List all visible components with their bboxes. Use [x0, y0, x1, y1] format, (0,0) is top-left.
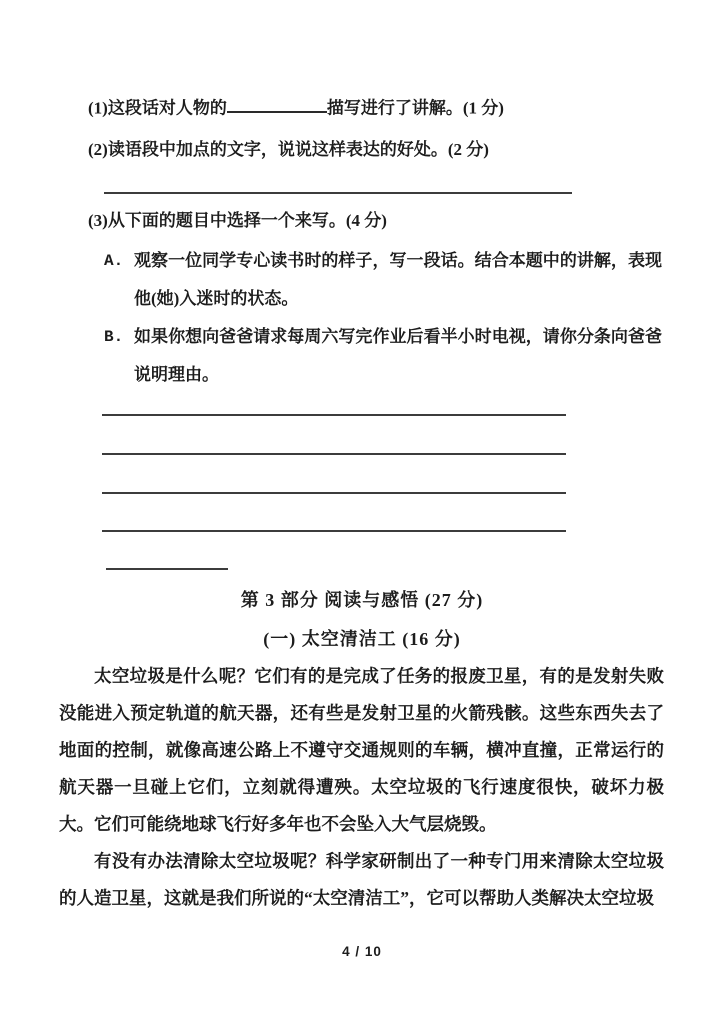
exam-page: (1)这段话对人物的描写进行了讲解。(1 分) (2)读语段中加点的文字，说说这…	[0, 0, 724, 1024]
passage-title: (一) 太空清洁工 (16 分)	[0, 625, 724, 651]
passage: 太空垃圾是什么呢？它们有的是完成了任务的报废卫星，有的是发射失败没能进入预定轨道…	[59, 658, 664, 917]
question-1-prefix: (1)这段话对人物的	[88, 98, 227, 117]
question-1-suffix: 描写进行了讲解。(1 分)	[327, 98, 504, 117]
page-number: 4 / 10	[0, 944, 724, 959]
passage-paragraph: 有没有办法清除太空垃圾呢？科学家研制出了一种专门用来清除太空垃圾的人造卫星，这就…	[59, 843, 664, 917]
question-2: (2)读语段中加点的文字，说说这样表达的好处。(2 分)	[88, 139, 666, 161]
question-3: (3)从下面的题目中选择一个来写。(4 分)	[88, 210, 666, 232]
option-a: A. 观察一位同学专心读书时的样子，写一段话。结合本题中的讲解，表现他(她)入迷…	[104, 242, 662, 318]
option-b: B. 如果你想向爸爸请求每周六写完作业后看半小时电视，请你分条向爸爸说明理由。	[104, 318, 662, 394]
question-1: (1)这段话对人物的描写进行了讲解。(1 分)	[88, 96, 666, 119]
answer-line	[102, 453, 566, 455]
answer-line	[102, 492, 566, 494]
part-heading: 第 3 部分 阅读与感悟 (27 分)	[0, 586, 724, 612]
fill-in-blank	[227, 96, 327, 113]
answer-line	[102, 530, 566, 532]
answer-line	[102, 414, 566, 416]
option-a-label: A.	[104, 242, 134, 318]
option-a-text: 观察一位同学专心读书时的样子，写一段话。结合本题中的讲解，表现他(她)入迷时的状…	[134, 242, 662, 318]
answer-line-short	[106, 568, 228, 570]
passage-paragraph: 太空垃圾是什么呢？它们有的是完成了任务的报废卫星，有的是发射失败没能进入预定轨道…	[59, 658, 664, 843]
option-b-text: 如果你想向爸爸请求每周六写完作业后看半小时电视，请你分条向爸爸说明理由。	[134, 318, 662, 394]
answer-line	[104, 192, 572, 194]
option-b-label: B.	[104, 318, 134, 394]
